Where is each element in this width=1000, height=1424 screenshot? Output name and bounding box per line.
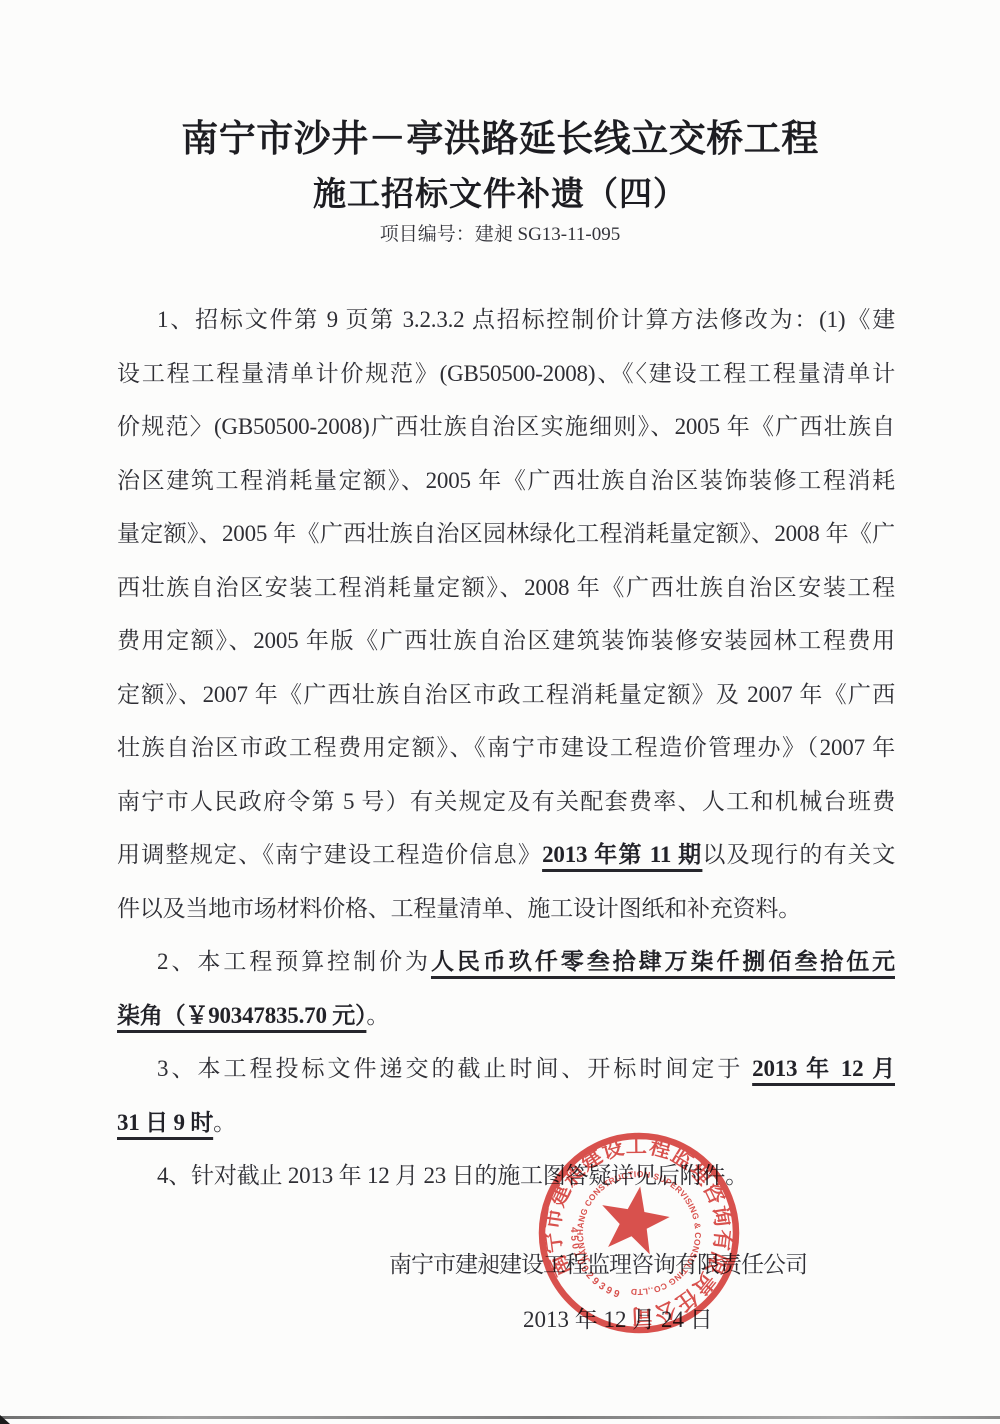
text-run: 量定额》、2005 年《广西壮族自治区园林绿化工程消耗量定额》、2008 年《广 — [117, 521, 895, 546]
document-line: 南宁市人民政府令第 5 号）有关规定及有关配套费率、人工和机械台班费 — [117, 775, 895, 829]
emphasized-text: 31 日 9 时 — [117, 1110, 213, 1135]
star-icon — [602, 1187, 670, 1255]
text-run: 。 — [366, 1003, 389, 1028]
text-run: 件以及当地市场材料价格、工程量清单、施工设计图纸和补充资料。 — [117, 896, 801, 921]
document-line: 2、本工程预算控制价为人民币玖仟零叁拾肆万柒仟捌佰叁拾伍元 — [117, 935, 895, 989]
text-run: 用调整规定、《南宁建设工程造价信息》 — [117, 842, 542, 867]
text-run: 定额》、2007 年《广西壮族自治区市政工程消耗量定额》及 2007 年《广西 — [117, 682, 895, 707]
document-line: 用调整规定、《南宁建设工程造价信息》2013 年第 11 期以及现行的有关文 — [117, 828, 895, 882]
document-line: 4、针对截止 2013 年 12 月 23 日的施工图答疑详见后附件。 — [117, 1149, 895, 1203]
document-line: 量定额》、2005 年《广西壮族自治区园林绿化工程消耗量定额》、2008 年《广 — [117, 507, 895, 561]
text-run: 1、招标文件第 9 页第 3.2.3.2 点招标控制价计算方法修改为：(1)《建 — [157, 307, 895, 332]
text-run: 。 — [213, 1110, 236, 1135]
text-run: 2、本工程预算控制价为 — [157, 949, 431, 974]
document-line: 31 日 9 时。 — [117, 1096, 895, 1150]
document-title-line2: 施工招标文件补遗（四） — [0, 168, 1000, 215]
document-line: 件以及当地市场材料价格、工程量清单、施工设计图纸和补充资料。 — [117, 882, 895, 936]
text-run: 3、本工程投标文件递交的截止时间、开标时间定于 — [157, 1056, 752, 1081]
document-line: 定额》、2007 年《广西壮族自治区市政工程消耗量定额》及 2007 年《广西 — [117, 668, 895, 722]
project-number: 项目编号：建昶 SG13-11-095 — [0, 219, 1000, 246]
document-line: 1、招标文件第 9 页第 3.2.3.2 点招标控制价计算方法修改为：(1)《建 — [117, 293, 895, 347]
document-line: 价规范〉(GB50500-2008)广西壮族自治区实施细则》、2005 年《广西… — [117, 400, 895, 454]
text-run: 费用定额》、2005 年版《广西壮族自治区建筑装饰装修安装园林工程费用 — [117, 628, 895, 653]
scan-edge-line — [0, 1416, 1000, 1419]
text-run: 设工程工程量清单计价规范》(GB50500-2008)、《〈建设工程工程量清单计 — [117, 361, 895, 386]
document-line: 3、本工程投标文件递交的截止时间、开标时间定于 2013 年 12 月 — [117, 1042, 895, 1096]
emphasized-text: 人民币玖仟零叁拾肆万柒仟捌佰叁拾伍元 — [431, 949, 895, 974]
scanned-document-page: 南宁市沙井－亭洪路延长线立交桥工程 施工招标文件补遗（四） 项目编号：建昶 SG… — [0, 0, 1000, 1424]
text-run: 南宁市人民政府令第 5 号）有关规定及有关配套费率、人工和机械台班费 — [117, 789, 895, 814]
emphasized-text: 柒角（￥90347835.70 元） — [117, 1003, 366, 1028]
document-line: 费用定额》、2005 年版《广西壮族自治区建筑装饰装修安装园林工程费用 — [117, 614, 895, 668]
text-run: 壮族自治区市政工程费用定额》、《南宁市建设工程造价管理办》（2007 年 — [117, 735, 895, 760]
document-line: 治区建筑工程消耗量定额》、2005 年《广西壮族自治区装饰装修工程消耗 — [117, 454, 895, 508]
emphasized-text: 2013 年第 11 期 — [542, 842, 702, 867]
document-line: 设工程工程量清单计价规范》(GB50500-2008)、《〈建设工程工程量清单计 — [117, 347, 895, 401]
text-run: 以及现行的有关文 — [702, 842, 895, 867]
document-line: 西壮族自治区安装工程消耗量定额》、2008 年《广西壮族自治区安装工程 — [117, 561, 895, 615]
document-line: 壮族自治区市政工程费用定额》、《南宁市建设工程造价管理办》（2007 年 — [117, 721, 895, 775]
document-body: 1、招标文件第 9 页第 3.2.3.2 点招标控制价计算方法修改为：(1)《建… — [117, 293, 895, 1203]
emphasized-text: 2013 年 12 月 — [752, 1056, 895, 1081]
text-run: 西壮族自治区安装工程消耗量定额》、2008 年《广西壮族自治区安装工程 — [117, 575, 895, 600]
text-run: 价规范〉(GB50500-2008)广西壮族自治区实施细则》、2005 年《广西… — [117, 414, 895, 439]
text-run: 治区建筑工程消耗量定额》、2005 年《广西壮族自治区装饰装修工程消耗 — [117, 468, 895, 493]
document-line: 柒角（￥90347835.70 元）。 — [117, 989, 895, 1043]
company-seal-stamp: 南宁市建昶建设工程监理咨询有限责任公司 JIANCHANG CONSTRUCTI… — [537, 1131, 741, 1335]
document-title-line1: 南宁市沙井－亭洪路延长线立交桥工程 — [0, 108, 1000, 162]
